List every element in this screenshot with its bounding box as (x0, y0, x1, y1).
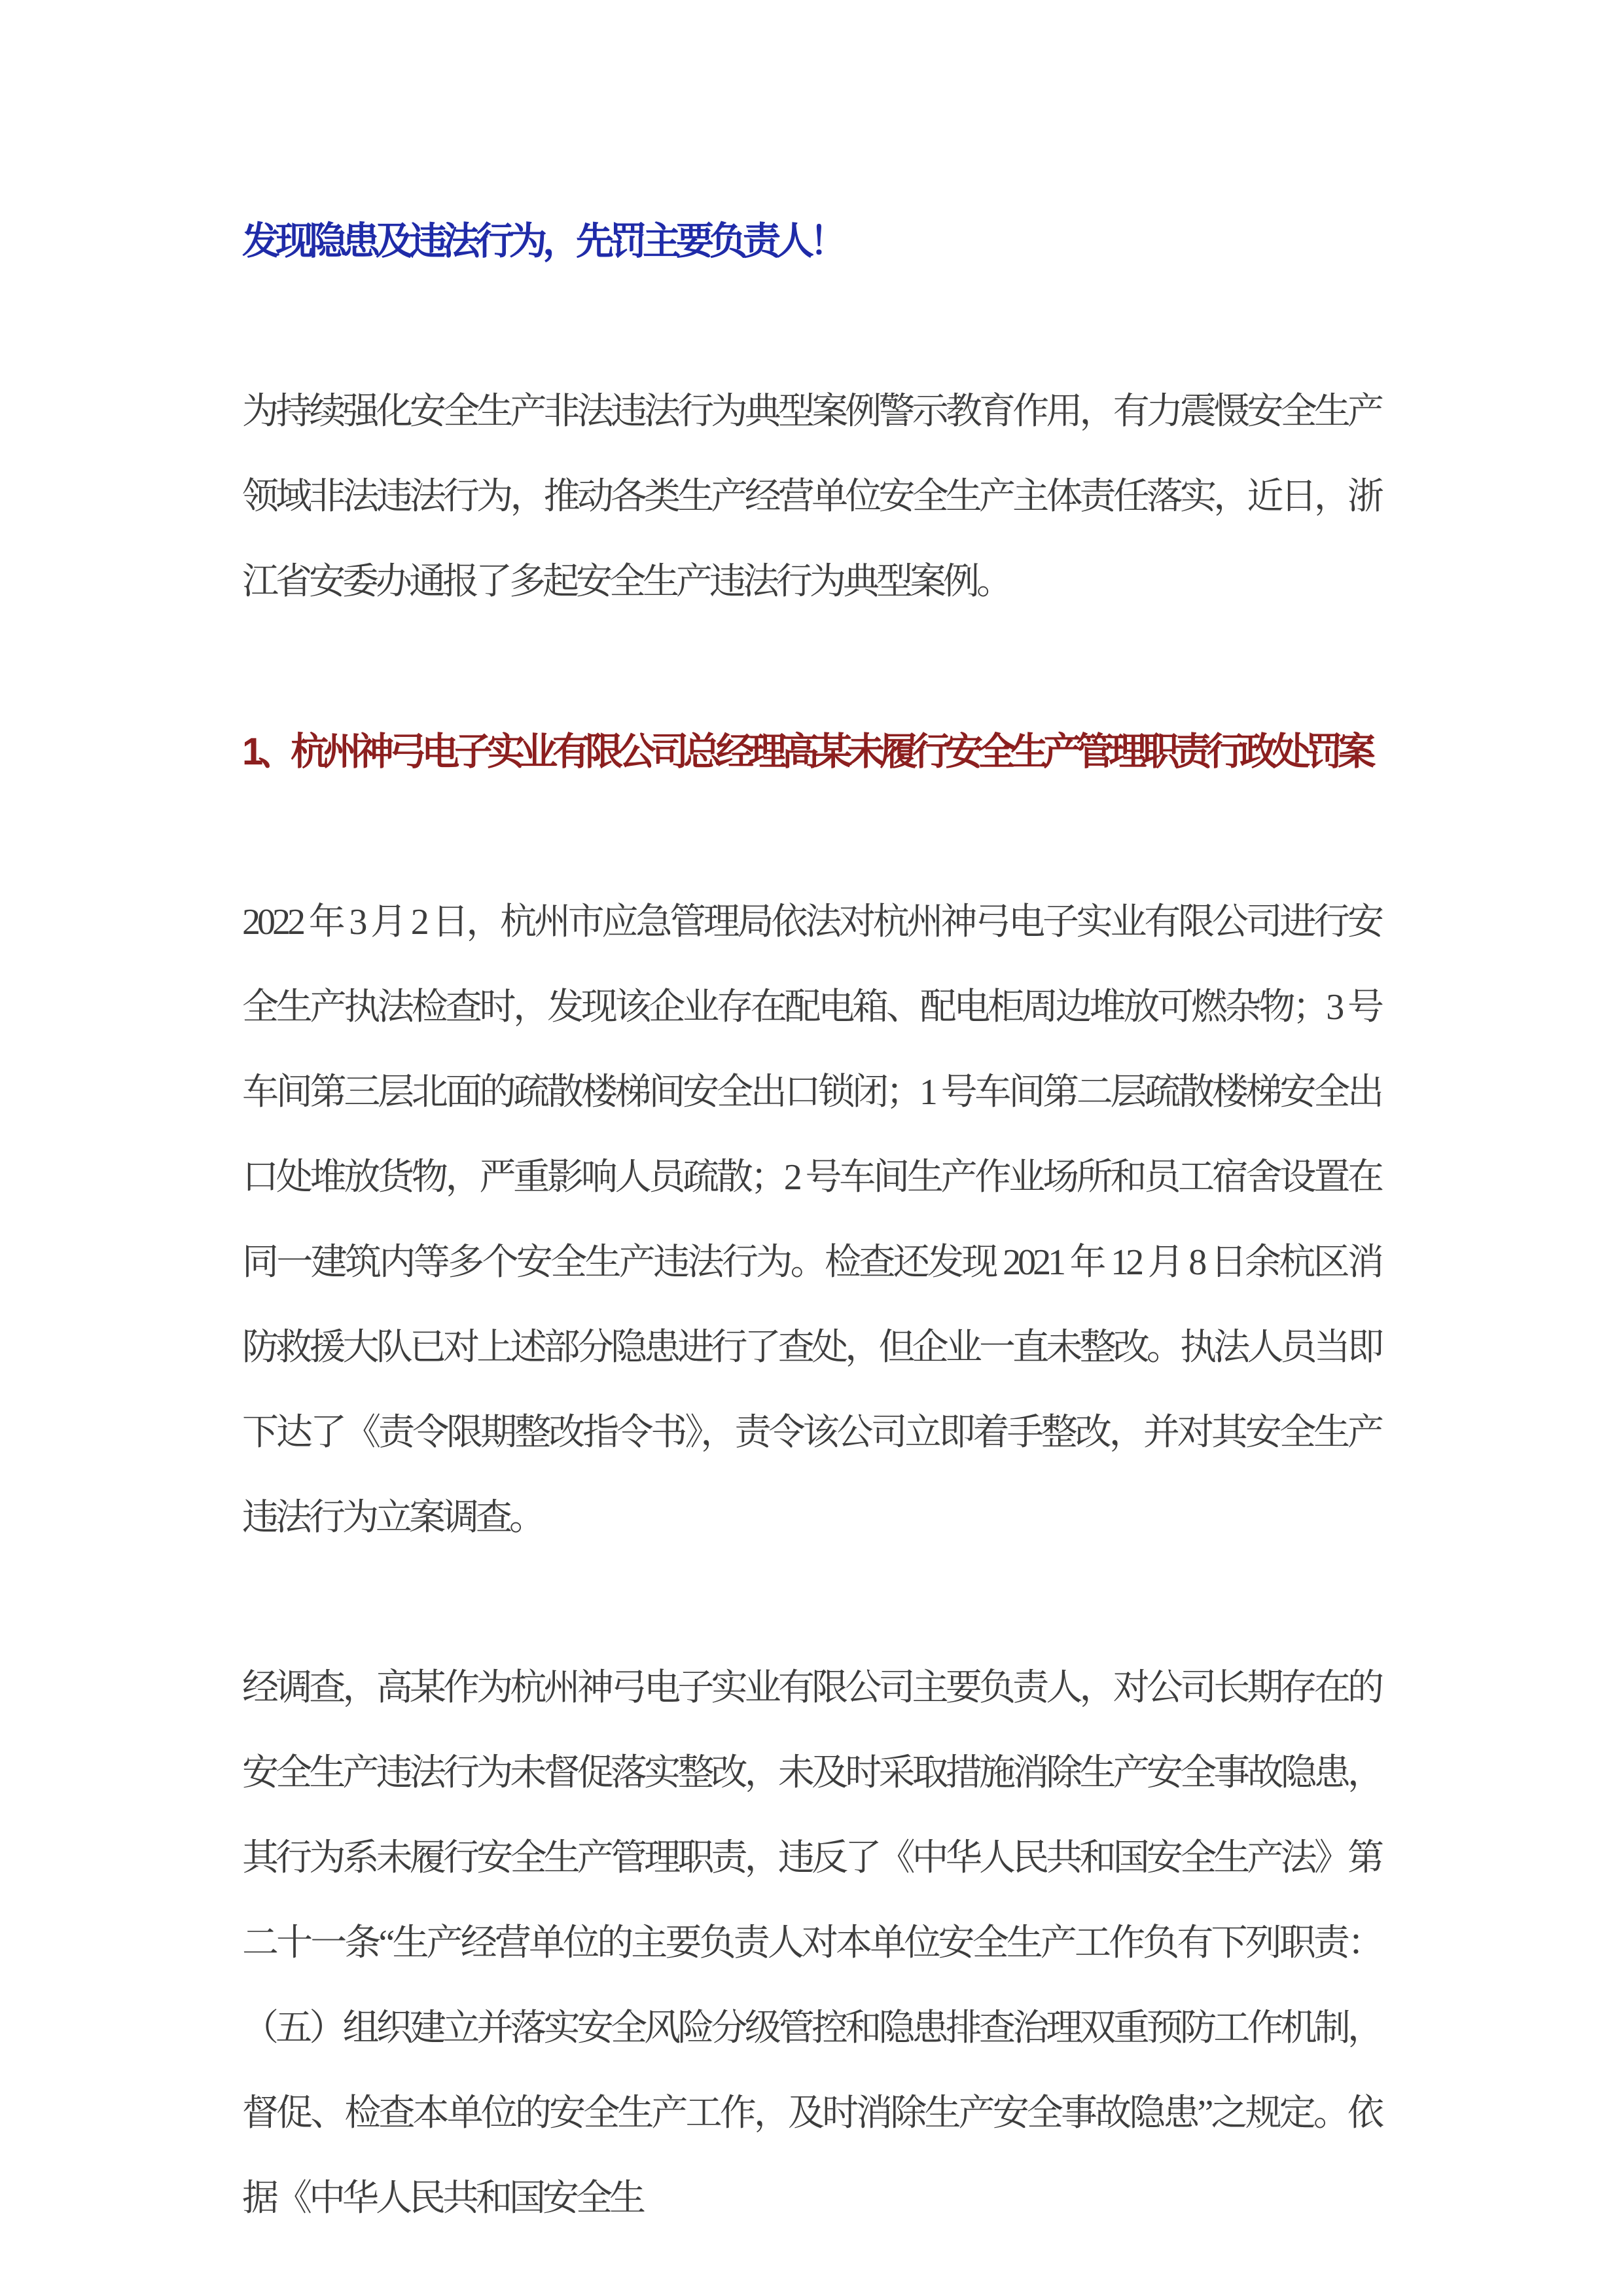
section-1-heading: 1、杭州神弓电子实业有限公司总经理高某未履行安全生产管理职责行政处罚案 (242, 709, 1381, 795)
section-1-paragraph-2: 经调查，高某作为杭州神弓电子实业有限公司主要负责人，对公司长期存在的安全生产违法… (242, 1645, 1381, 2241)
intro-paragraph: 为持续强化安全生产非法违法行为典型案例警示教育作用，有力震慑安全生产领域非法违法… (242, 369, 1381, 624)
section-1-paragraph-1: 2022 年 3 月 2 日，杭州市应急管理局依法对杭州神弓电子实业有限公司进行… (242, 880, 1381, 1560)
document-title: 发现隐患及违法行为，先罚主要负责人！ (242, 199, 1381, 284)
document-page: 发现隐患及违法行为，先罚主要负责人！ 为持续强化安全生产非法违法行为典型案例警示… (0, 0, 1623, 2296)
